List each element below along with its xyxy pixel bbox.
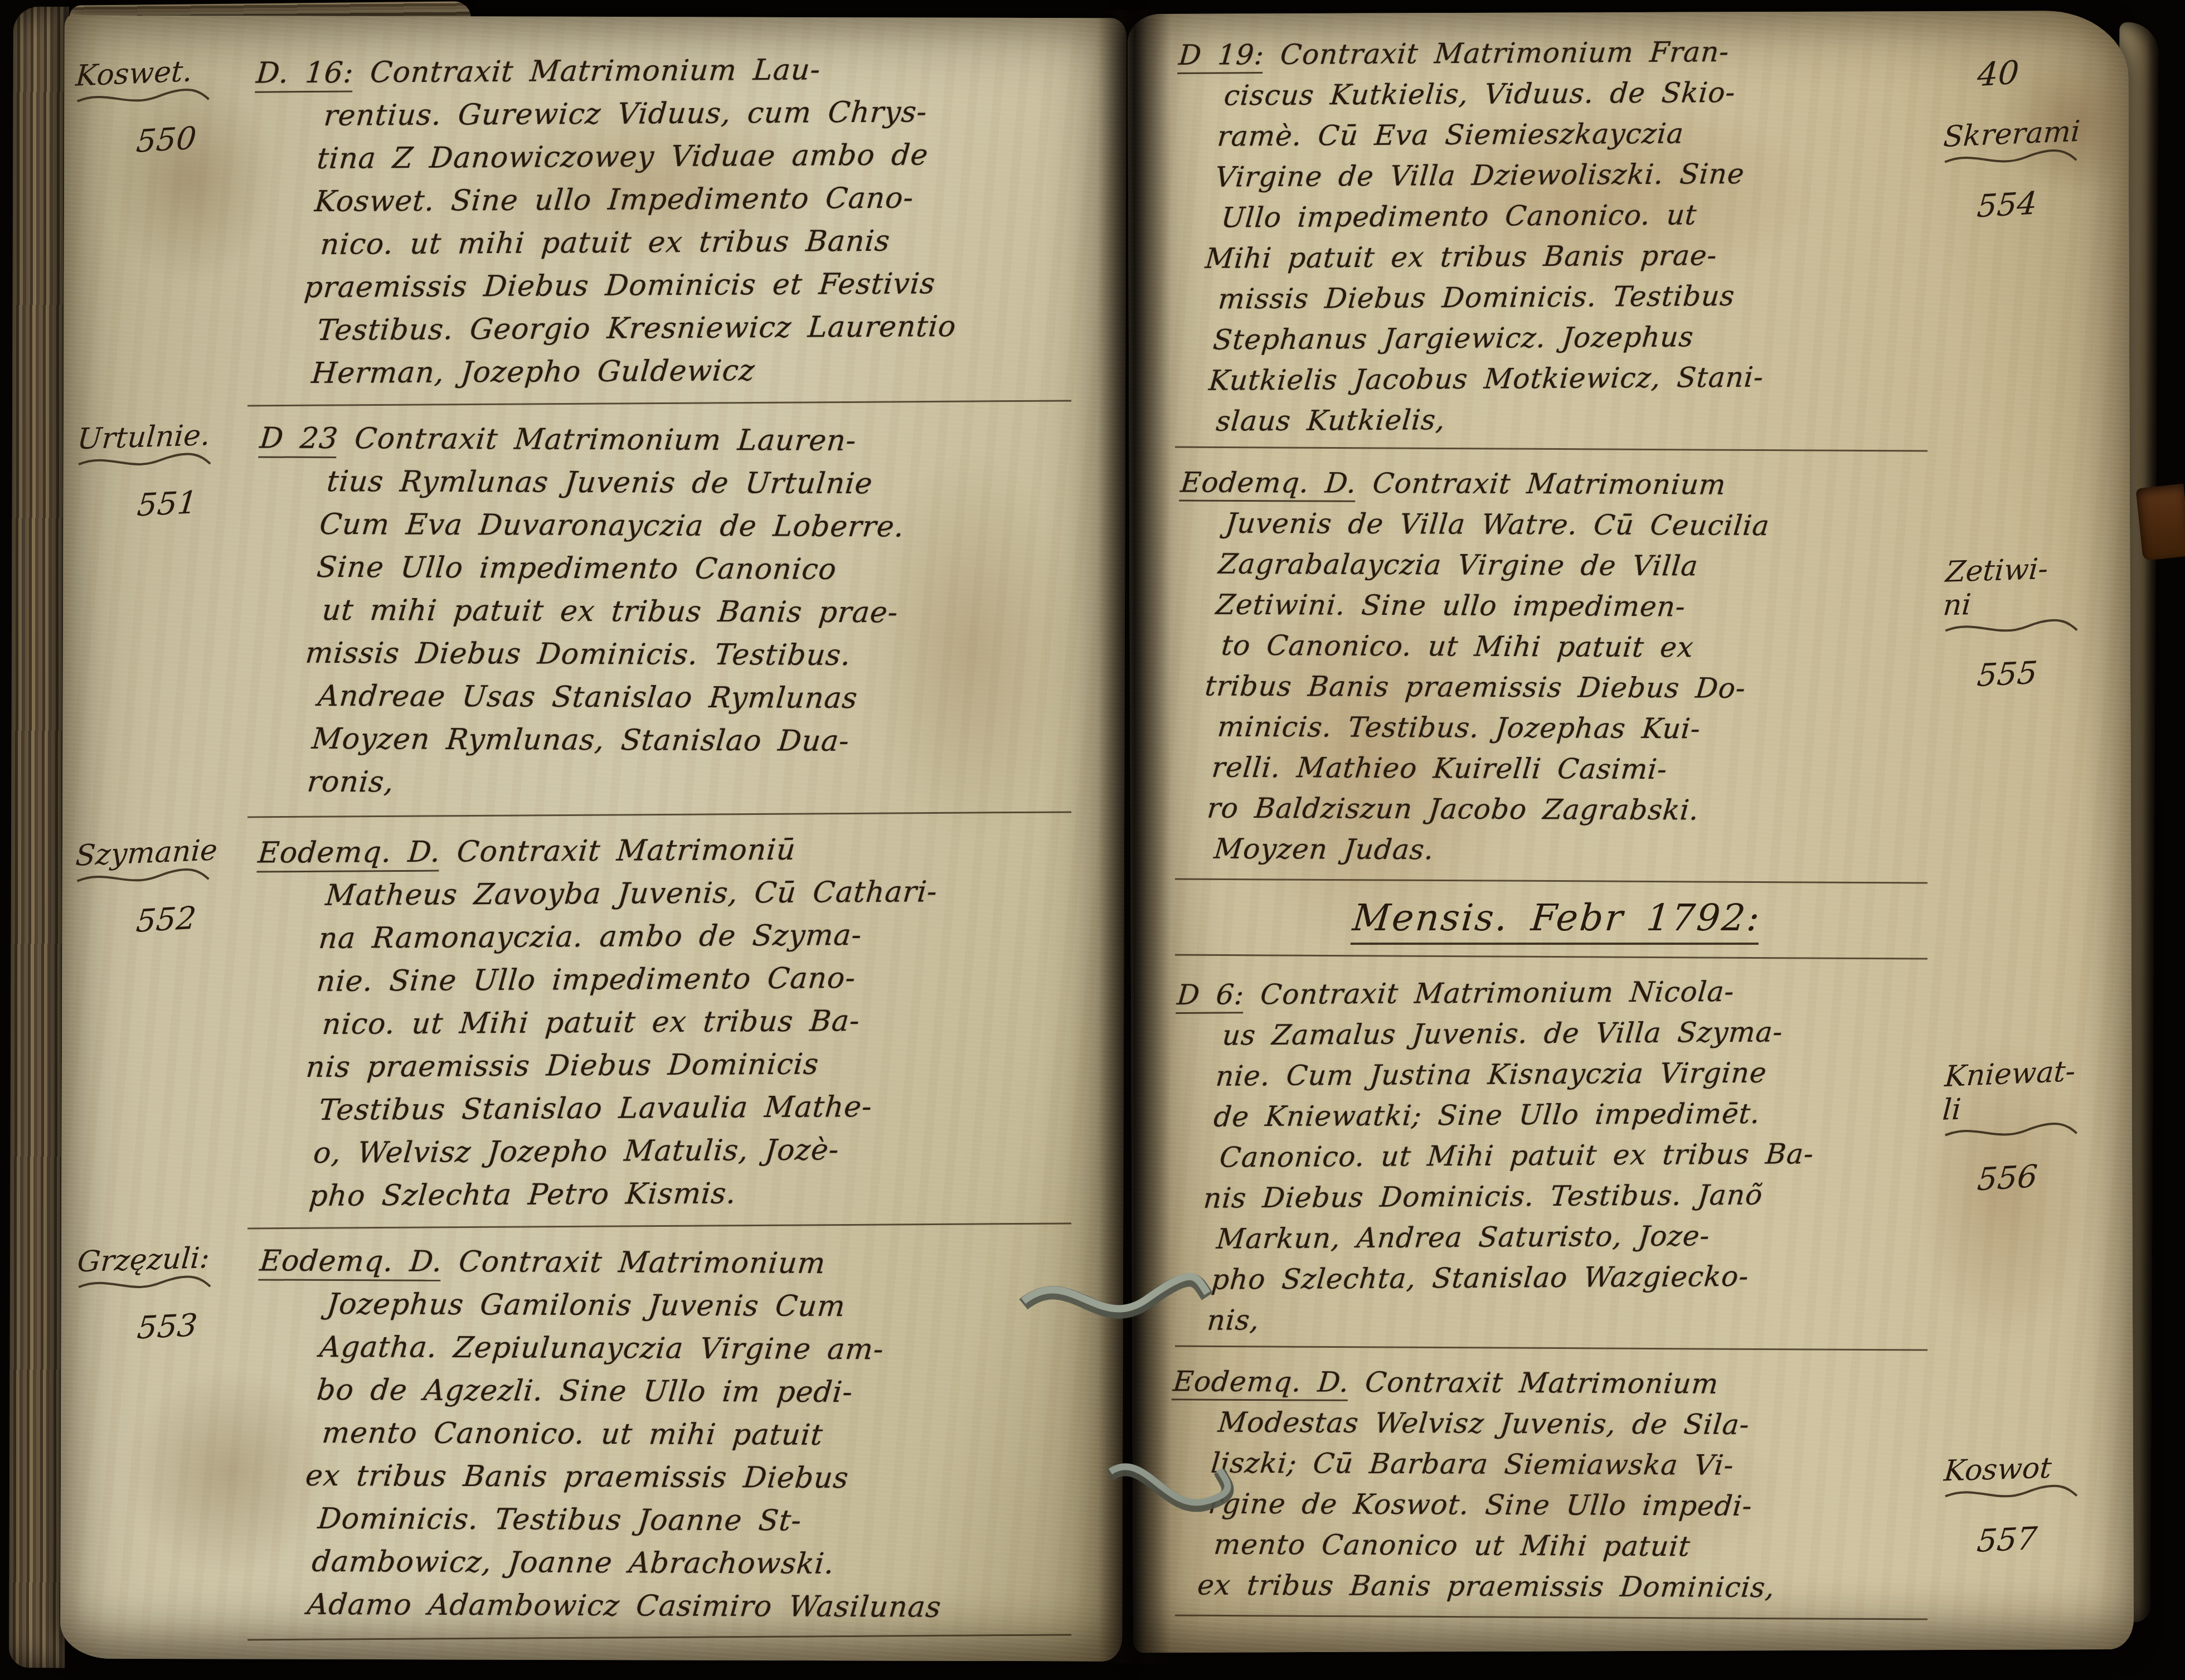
manuscript-line: Eodemq. D. Contraxit Matrimoniū <box>256 827 1115 875</box>
entry-separator-line <box>1175 954 1927 959</box>
register-entry: Zetiwi- ni 555 Eodemq. D. Contraxit Matr… <box>1163 462 2112 873</box>
record-number: 552 <box>135 897 245 940</box>
manuscript-line: Herman, Jozepho Guldewicz <box>310 347 1089 395</box>
manuscript-line: pho Szlechta, Stanislao Wazgiecko- <box>1210 1255 1921 1300</box>
manuscript-line: de Kniewatki; Sine Ullo impedimēt. <box>1212 1093 1935 1138</box>
manuscript-line: missis Diebus Dominicis. Testibus <box>1217 275 1926 320</box>
manuscript-line: nico. ut mihi patuit ex tribus Banis <box>319 219 1099 266</box>
manuscript-line: rentius. Gurewicz Viduus, cum Chrys- <box>322 90 1110 138</box>
entry-separator-line <box>247 1634 1071 1640</box>
manuscript-line: Adamo Adambowicz Casimiro Wasilunas <box>305 1584 1085 1630</box>
flourish-squiggle-icon <box>1942 616 2081 640</box>
record-number: 556 <box>1976 1154 2114 1198</box>
manuscript-line: na Ramonayczia. ambo de Szyma- <box>317 912 1108 960</box>
manuscript-line: nis, <box>1206 1296 1918 1341</box>
register-entry: Koswot 557 Eodemq. D. Contraxit Matrimon… <box>1163 1361 2112 1609</box>
manuscript-line: tina Z Danowiczowey Viduae ambo de <box>315 133 1106 181</box>
entry-separator-line <box>1175 1614 1927 1620</box>
manuscript-line: Matheus Zavoyba Juvenis, Cū Cathari- <box>324 870 1111 917</box>
leather-strap <box>2135 484 2185 561</box>
manuscript-line: Modestas Welvisz Juvenis, de Sila- <box>1216 1402 1937 1446</box>
entry-separator-line <box>1175 878 1927 883</box>
manuscript-line: minicis. Testibus. Jozephas Kui- <box>1216 707 1926 751</box>
manuscript-line: Zagrabalayczia Virgine de Villa <box>1217 544 1941 588</box>
manuscript-line: Mihi patuit ex tribus Banis prae- <box>1203 234 1930 279</box>
manuscript-line: D 23 Contraxit Matrimonium Lauren- <box>258 417 1117 464</box>
manuscript-line: Moyzen Judas. <box>1212 829 1915 872</box>
entry-text: Eodemq. D. Contraxit MatrimoniumModestas… <box>1153 1361 1941 1609</box>
manuscript-line: mento Canonico ut Mihi patuit <box>1212 1524 1926 1569</box>
manuscript-line: Jozephus Gamilonis Juvenis Cum <box>325 1283 1113 1329</box>
margin-place-name: Zetiwi- ni <box>1942 551 2115 623</box>
manuscript-line: Andreae Usas Stanislao Rymlunas <box>316 675 1093 721</box>
record-number: 555 <box>1975 651 2113 693</box>
register-entry: Skrerami 554 D 19: Contraxit Matrimonium… <box>1163 30 2113 442</box>
manuscript-line: Sine Ullo impedimento Canonico <box>315 546 1105 593</box>
margin-place-name: Kniewat- li <box>1941 1053 2114 1127</box>
manuscript-line: Moyzen Rymlunas, Stanislao Dua- <box>310 718 1089 764</box>
manuscript-line: ex tribus Banis praemissis Dominicis, <box>1196 1565 1922 1609</box>
manuscript-line: ciscus Kutkielis, Viduus. de Skio- <box>1222 71 1943 116</box>
entry-text: D 6: Contraxit Matrimonium Nicola-us Zam… <box>1149 970 1944 1342</box>
record-number: 550 <box>135 118 245 160</box>
manuscript-line: ronis, <box>305 761 1085 807</box>
manuscript-line: Testibus. Georgio Kresniewicz Laurentio <box>315 304 1092 352</box>
entry-text: D 23 Contraxit Matrimonium Lauren-tius R… <box>226 417 1117 807</box>
entry-separator-line <box>247 400 1071 406</box>
right-page-entries: Skrerami 554 D 19: Contraxit Matrimonium… <box>1164 32 2111 1633</box>
manuscript-line: Eodemq. D. Contraxit Matrimonium <box>1171 1361 1941 1405</box>
manuscript-line: o, Welvisz Jozepho Matulis, Jozè- <box>312 1127 1090 1175</box>
manuscript-line: tribus Banis praemissis Diebus Do- <box>1203 666 1930 710</box>
manuscript-line: ramè. Cū Eva Siemieszkayczia <box>1216 112 1940 157</box>
manuscript-line: nis praemissis Diebus Dominicis <box>304 1041 1098 1089</box>
manuscript-line: slaus Kutkielis, <box>1215 397 1916 442</box>
manuscript-line: Cum Eva Duvaronayczia de Loberre. <box>318 503 1109 550</box>
manuscript-line: Testibus Stanislao Lavaulia Mathe- <box>317 1084 1094 1132</box>
entry-separator-line <box>1175 446 1927 451</box>
record-number: 557 <box>1975 1517 2113 1559</box>
entry-text: D. 16: Contraxit Matrimonium Lau-rentius… <box>230 47 1113 396</box>
manuscript-line: Dominicis. Testibus Joanne St- <box>316 1498 1093 1544</box>
flourish-squiggle-icon <box>75 450 215 474</box>
manuscript-line: Stephanus Jargiewicz. Jozephus <box>1211 315 1923 361</box>
flourish-squiggle-icon <box>1942 1482 2081 1506</box>
flourish-squiggle-icon <box>74 86 213 110</box>
manuscript-line: Agatha. Zepiulunayczia Virgine am- <box>318 1326 1109 1372</box>
manuscript-line: Kutkielis Jacobus Motkiewicz, Stani- <box>1207 356 1920 401</box>
manuscript-line: nie. Cum Justina Kisnayczia Virgine <box>1214 1052 1938 1097</box>
manuscript-line: D. 16: Contraxit Matrimonium Lau- <box>255 47 1113 95</box>
entry-text: Eodemq. D. Contraxit MatrimoniūMatheus Z… <box>229 827 1115 1218</box>
manuscript-book-spread: 40 Koswet. 550 D. 16: Contraxit Matrimon… <box>0 0 2185 1680</box>
manuscript-line: tius Rymlunas Juvenis de Urtulnie <box>325 460 1113 507</box>
manuscript-line: Koswet. Sine ullo Impedimento Cano- <box>313 176 1103 224</box>
manuscript-line: Ullo impedimento Canonico. ut <box>1220 193 1933 239</box>
margin-annotation: Szymanie 552 <box>72 832 244 938</box>
manuscript-line: Canonico. ut Mihi patuit ex tribus Ba- <box>1218 1133 1931 1178</box>
margin-annotation: Zetiwi- ni 555 <box>1930 465 2113 691</box>
manuscript-line: rgine de Koswot. Sine Ullo impedi- <box>1207 1484 1930 1528</box>
record-number: 554 <box>1975 181 2113 225</box>
manuscript-line: relli. Mathieo Kuirelli Casimi- <box>1210 747 1922 792</box>
manuscript-line: D 19: Contraxit Matrimonium Fran- <box>1177 31 1946 76</box>
register-entry: Szymanie 552 Eodemq. D. Contraxit Matrim… <box>72 827 1100 1219</box>
manuscript-line: Markun, Andrea Saturisto, Joze- <box>1215 1215 1925 1260</box>
manuscript-line: missis Diebus Dominicis. Testibus. <box>304 632 1098 678</box>
manuscript-line: us Zamalus Juvenis. de Villa Szyma- <box>1221 1011 1941 1056</box>
record-number: 551 <box>135 482 246 523</box>
manuscript-line: Eodemq. D. Contraxit Matrimonium <box>258 1240 1117 1286</box>
left-page-entries: Koswet. 550 D. 16: Contraxit Matrimonium… <box>74 50 1099 1653</box>
register-entry: Kniewat- li 556 D 6: Contraxit Matrimoni… <box>1163 969 2113 1341</box>
flourish-squiggle-icon <box>75 1273 215 1297</box>
margin-annotation: Kniewat- li 556 <box>1929 969 2111 1195</box>
manuscript-line: nie. Sine Ullo impedimento Cano- <box>315 955 1105 1003</box>
manuscript-line: nis Diebus Dominicis. Testibus. Janõ <box>1202 1174 1928 1219</box>
entry-separator-line <box>1175 1345 1927 1351</box>
manuscript-line: ro Baldziszun Jacobo Zagrabski. <box>1206 788 1919 832</box>
manuscript-line: ut mihi patuit ex tribus Banis prae- <box>320 589 1101 635</box>
month-heading: Mensis. Febr 1792: <box>1184 896 1930 939</box>
manuscript-line: Juvenis de Villa Watre. Cū Ceucilia <box>1223 503 1944 547</box>
flourish-squiggle-icon <box>1941 147 2081 171</box>
manuscript-line: Zetiwini. Sine ullo impedimen- <box>1214 585 1937 629</box>
register-entry: Urtulnie. 551 D 23 Contraxit Matrimonium… <box>72 416 1100 807</box>
manuscript-line: liszki; Cū Barbara Siemiawska Vi- <box>1209 1443 1933 1487</box>
manuscript-line: bo de Agzezli. Sine Ullo im pedi- <box>315 1369 1105 1415</box>
manuscript-line: D 6: Contraxit Matrimonium Nicola- <box>1176 970 1945 1016</box>
manuscript-line: praemissis Diebus Dominicis et Festivis <box>303 261 1096 309</box>
manuscript-line: nico. ut Mihi patuit ex tribus Ba- <box>321 998 1101 1046</box>
flourish-squiggle-icon <box>74 866 213 890</box>
margin-annotation: Urtulnie. 551 <box>74 416 245 521</box>
margin-annotation: Koswet. 550 <box>72 52 244 158</box>
entry-separator-line <box>247 811 1071 818</box>
flourish-squiggle-icon <box>1942 1120 2081 1144</box>
margin-annotation: Koswot 557 <box>1929 1365 2111 1556</box>
manuscript-line: ex tribus Banis praemissis Diebus <box>304 1455 1098 1501</box>
manuscript-line: mento Canonico. ut mihi patuit <box>320 1412 1101 1458</box>
page-number: 40 <box>1976 54 2020 94</box>
manuscript-line: Eodemq. D. Contraxit Matrimonium <box>1179 462 1949 506</box>
entry-text: Eodemq. D. Contraxit MatrimoniumJuvenis … <box>1145 462 1948 872</box>
register-entry: Grzęzuli: 553 Eodemq. D. Contraxit Matri… <box>72 1239 1100 1630</box>
manuscript-line: pho Szlechta Petro Kismis. <box>307 1171 1087 1218</box>
record-number: 553 <box>135 1305 246 1346</box>
register-entry: Koswet. 550 D. 16: Contraxit Matrimonium… <box>72 47 1100 396</box>
manuscript-line: dambowicz, Joanne Abrachowski. <box>310 1541 1089 1587</box>
margin-annotation: Grzęzuli: 553 <box>74 1239 245 1344</box>
entry-separator-line <box>247 1222 1071 1229</box>
entry-text: Eodemq. D. Contraxit MatrimoniumJozephus… <box>226 1240 1117 1629</box>
manuscript-line: Virgine de Villa Dziewoliszki. Sine <box>1213 153 1936 198</box>
manuscript-line: to Canonico. ut Mihi patuit ex <box>1220 625 1934 669</box>
entry-text: D 19: Contraxit Matrimonium Fran-ciscus … <box>1147 31 1946 443</box>
page-edges-stack-left <box>9 7 69 1668</box>
